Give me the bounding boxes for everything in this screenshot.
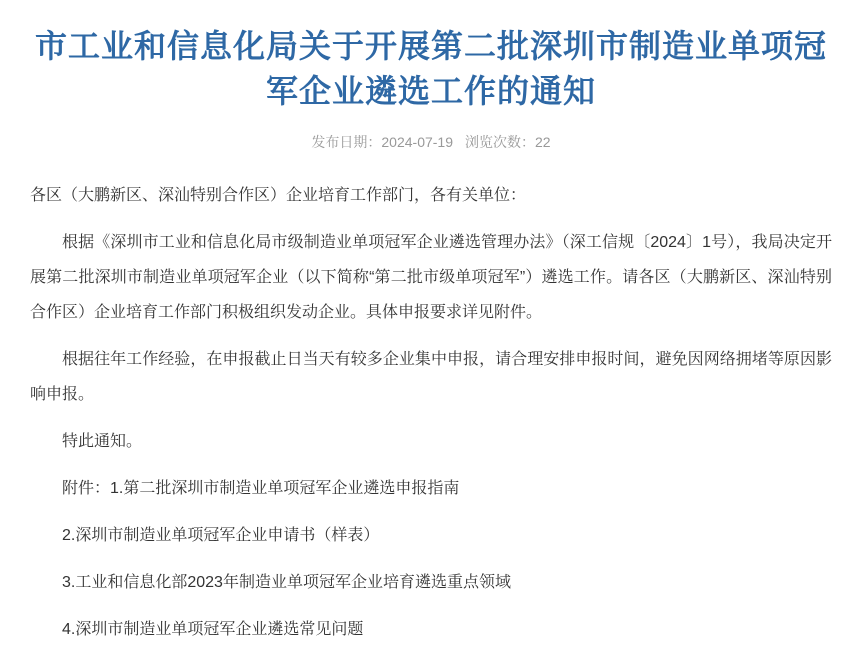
paragraph-closing: 特此通知。 [30,424,832,459]
salutation: 各区（大鹏新区、深汕特别合作区）企业培育工作部门，各有关单位： [30,178,832,213]
attachment-item-3: 3.工业和信息化部2023年制造业单项冠军企业培育遴选重点领域 [30,565,832,600]
attachment-item-2: 2.深圳市制造业单项冠军企业申请书（样表） [30,518,832,553]
paragraph-basis: 根据《深圳市工业和信息化局市级制造业单项冠军企业遴选管理办法》（深工信规〔202… [30,225,832,330]
notice-page: 市工业和信息化局关于开展第二批深圳市制造业单项冠军企业遴选工作的通知 发布日期：… [0,0,862,669]
views-label: 浏览次数： [465,134,535,150]
notice-body: 各区（大鹏新区、深汕特别合作区）企业培育工作部门，各有关单位： 根据《深圳市工业… [0,152,862,669]
publish-date-label: 发布日期： [311,134,381,150]
publish-meta: 发布日期：2024-07-19浏览次数：22 [0,132,862,152]
paragraph-advice: 根据往年工作经验，在申报截止日当天有较多企业集中申报，请合理安排申报时间，避免因… [30,342,832,412]
attachment-item-4: 4.深圳市制造业单项冠军企业遴选常见问题 [30,612,832,647]
views-value: 22 [535,134,551,150]
publish-date-value: 2024-07-19 [381,134,453,150]
attachment-item-1: 附件：1.第二批深圳市制造业单项冠军企业遴选申报指南 [30,471,832,506]
page-title: 市工业和信息化局关于开展第二批深圳市制造业单项冠军企业遴选工作的通知 [0,0,862,114]
